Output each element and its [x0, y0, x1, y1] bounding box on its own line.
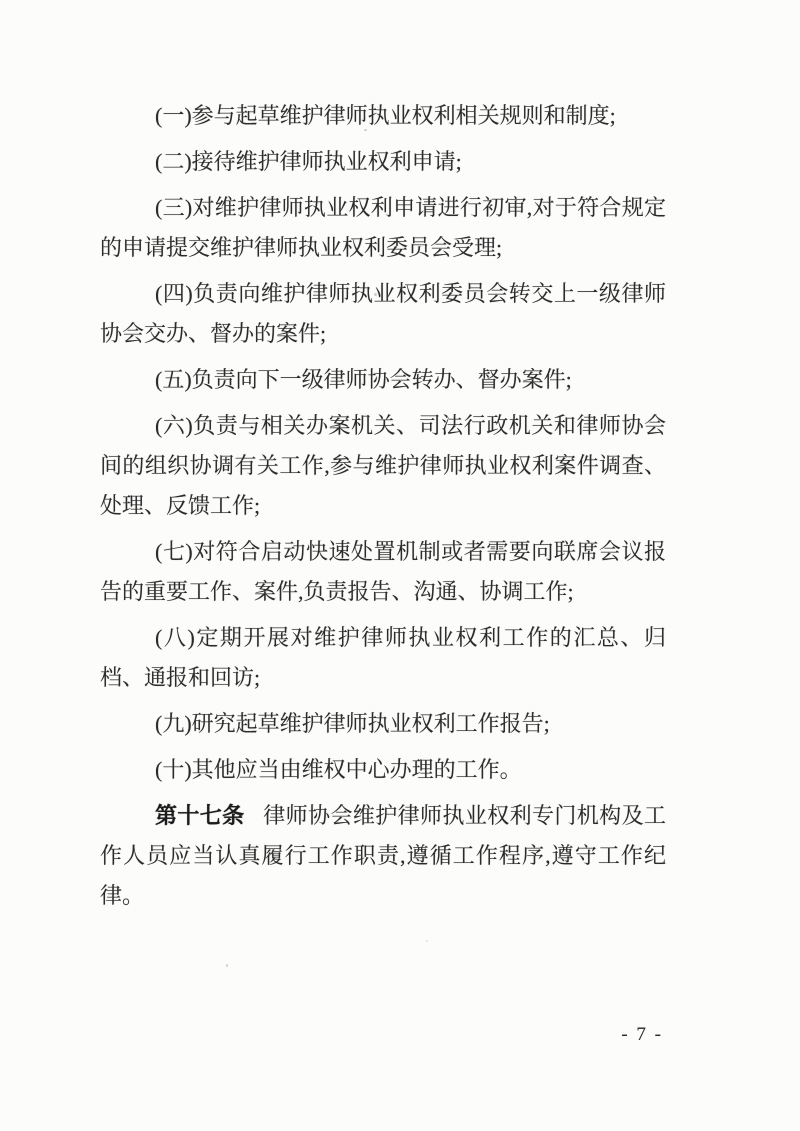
clause-item-8: (八)定期开展对维护律师执业权利工作的汇总、归档、通报和回访; — [100, 618, 666, 698]
document-page: (一)参与起草维护律师执业权利相关规则和制度; (二)接待维护律师执业权利申请;… — [0, 0, 800, 1131]
scan-speckle — [426, 940, 428, 942]
article-paragraph: 第十七条律师协会维护律师执业权利专门机构及工作人员应当认真履行工作职责,遵循工作… — [100, 796, 666, 916]
clause-item-10: (十)其他应当由维权中心办理的工作。 — [100, 750, 666, 790]
clause-item-6: (六)负责与相关办案机关、司法行政机关和律师协会间的组织协调有关工作,参与维护律… — [100, 406, 666, 526]
document-body: (一)参与起草维护律师执业权利相关规则和制度; (二)接待维护律师执业权利申请;… — [100, 96, 666, 922]
clause-item-5: (五)负责向下一级律师协会转办、督办案件; — [100, 360, 666, 400]
clause-item-4: (四)负责向维护律师执业权利委员会转交上一级律师协会交办、督办的案件; — [100, 274, 666, 354]
page-number: - 7 - — [621, 1024, 663, 1046]
clause-item-7: (七)对符合启动快速处置机制或者需要向联席会议报告的重要工作、案件,负责报告、沟… — [100, 532, 666, 612]
clause-item-2: (二)接待维护律师执业权利申请; — [100, 142, 666, 182]
clause-item-1: (一)参与起草维护律师执业权利相关规则和制度; — [100, 96, 666, 136]
scan-speckle — [226, 964, 228, 967]
clause-item-9: (九)研究起草维护律师执业权利工作报告; — [100, 704, 666, 744]
scan-speckle — [364, 129, 367, 131]
scan-speckle — [374, 293, 377, 296]
article-number: 第十七条 — [155, 803, 245, 828]
clause-item-3: (三)对维护律师执业权利申请进行初审,对于符合规定的申请提交维护律师执业权利委员… — [100, 188, 666, 268]
